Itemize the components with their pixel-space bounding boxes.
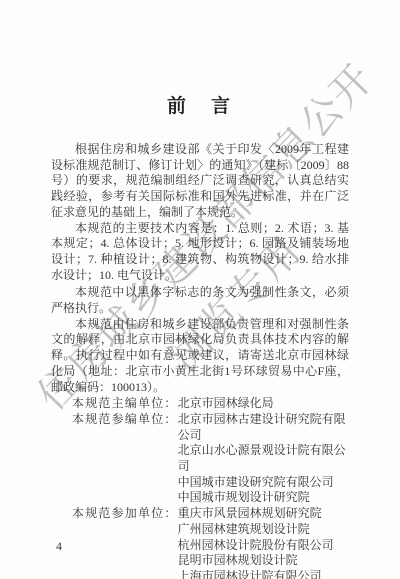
unit-row-participants: 本规范参加单位： 重庆市风景园林规划研究院 广州园林建筑规划设计院 杭州园林设计…: [51, 506, 349, 579]
unit-values: 北京市园林绿化局: [178, 396, 349, 412]
unit-value: 重庆市风景园林规划研究院: [178, 506, 349, 522]
page-number: 4: [56, 539, 62, 554]
unit-value: 中国城市建设研究院有限公司: [178, 475, 349, 491]
unit-value: 中国城市规划设计研究院: [178, 490, 349, 506]
unit-label: 本规范参编单位：: [72, 412, 178, 506]
paragraph-mandatory: 本规范中以黑体字标志的条文为强制性条文，必须严格执行。: [51, 285, 349, 316]
unit-value: 北京市园林古建设计研究院有限公司: [178, 412, 349, 443]
unit-value: 杭州园林设计院股份有限公司: [178, 538, 349, 554]
page-content: 前 言 根据住房和城乡建设部《关于印发〈2009年工程建设标准规范制订、修订计划…: [51, 96, 349, 579]
paragraph-contents: 本规范的主要技术内容是：1. 总则；2. 术语；3. 基本规定；4. 总体设计；…: [51, 221, 349, 284]
unit-list: 本规范主编单位： 北京市园林绿化局 本规范参编单位： 北京市园林古建设计研究院有…: [51, 396, 349, 579]
unit-label: 本规范主编单位：: [72, 396, 178, 412]
document-page: 住房城乡建设部信息公开 浏览专用 前 言 根据住房和城乡建设部《关于印发〈200…: [0, 0, 400, 579]
page-title: 前 言: [51, 96, 349, 118]
paragraph-interpretation: 本规范由住房和城乡建设部负责管理和对强制性条文的解释，由北京市园林绿化局负责具体…: [51, 317, 349, 396]
unit-values: 重庆市风景园林规划研究院 广州园林建筑规划设计院 杭州园林设计院股份有限公司 昆…: [178, 506, 349, 579]
paragraph-basis: 根据住房和城乡建设部《关于印发〈2009年工程建设标准规范制订、修订计划〉的通知…: [51, 142, 349, 221]
unit-value: 上海市园林设计院有限公司: [178, 569, 349, 579]
unit-values: 北京市园林古建设计研究院有限公司 北京山水心源景观设计院有限公司 中国城市建设研…: [178, 412, 349, 506]
unit-value: 昆明市园林规划设计院: [178, 553, 349, 569]
unit-value: 广州园林建筑规划设计院: [178, 522, 349, 538]
unit-value: 北京山水心源景观设计院有限公司: [178, 443, 349, 474]
unit-row-chief-editor: 本规范主编单位： 北京市园林绿化局: [51, 396, 349, 412]
unit-value: 北京市园林绿化局: [178, 396, 349, 412]
unit-row-co-editors: 本规范参编单位： 北京市园林古建设计研究院有限公司 北京山水心源景观设计院有限公…: [51, 412, 349, 506]
unit-label: 本规范参加单位：: [72, 506, 178, 579]
